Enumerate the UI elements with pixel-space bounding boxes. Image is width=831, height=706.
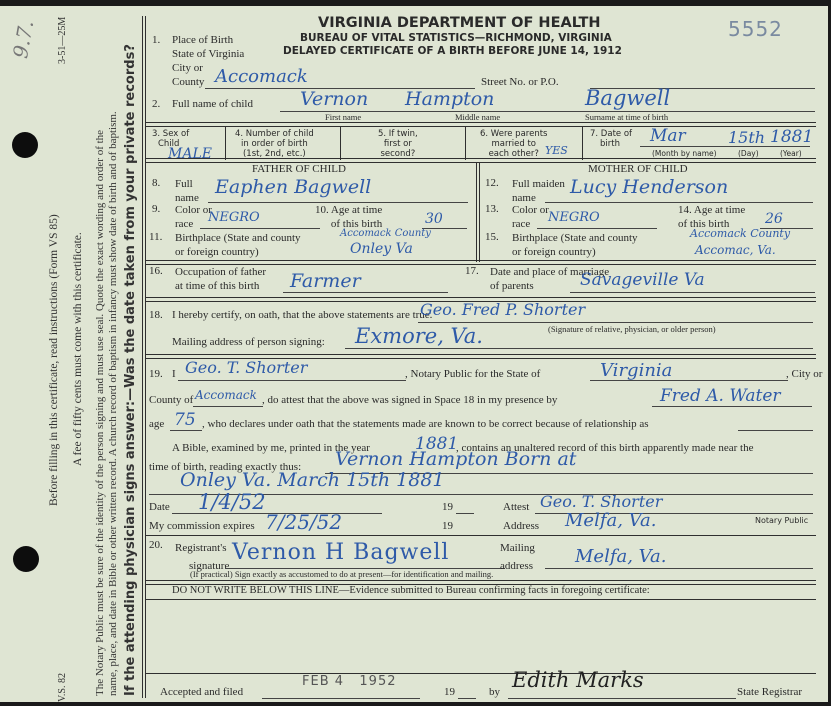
label-text: race: [512, 218, 530, 230]
registrar-underline: [508, 698, 736, 699]
instruction-read: Before filling in this certificate, read…: [48, 214, 60, 506]
punch-hole-top: [12, 132, 38, 158]
child-middle-name[interactable]: Hampton: [405, 88, 494, 110]
field-18-number: 18.: [149, 309, 163, 321]
field-1-number: 1.: [152, 34, 160, 46]
mother-race-underline: [537, 228, 657, 229]
filed-date-stamp: FEB 4 1952: [302, 674, 397, 689]
county-of-label: County of: [149, 394, 193, 406]
label-text: race: [175, 218, 193, 230]
father-name-label: Fullname: [175, 177, 199, 205]
footer-19: 19: [444, 686, 455, 698]
mailing-address-label: Mailing address of person signing:: [172, 336, 325, 348]
bureau-subtitle: BUREAU OF VITAL STATISTICS—RICHMOND, VIR…: [300, 32, 612, 44]
notary-name-underline: [178, 380, 406, 381]
notary-instruction-2: name, place, and date in Bible or other …: [107, 111, 119, 696]
field-16-number: 16.: [149, 265, 163, 277]
certify-statement: I hereby certify, on oath, that the abov…: [172, 309, 432, 321]
date-label: Date: [149, 501, 170, 513]
field-2-number: 2.: [152, 98, 160, 110]
registrar-signature: Edith Marks: [512, 668, 644, 692]
certificate-number: 5552: [728, 17, 783, 41]
registrant-mailing-label: Mailingaddress: [500, 539, 535, 575]
commission-value[interactable]: 7/25/52: [265, 510, 342, 534]
do-not-write-notice: DO NOT WRITE BELOW THIS LINE—Evidence su…: [172, 585, 650, 596]
first-name-caption: First name: [325, 112, 361, 122]
married-label: 6. Were parentsmarried toeach other?: [480, 129, 547, 159]
label-text: Occupation of father: [175, 266, 266, 278]
label-text: Mailing: [500, 542, 535, 554]
mailing-address-value[interactable]: Exmore, Va.: [355, 324, 483, 348]
registrant-signature[interactable]: Vernon H Bagwell: [232, 540, 449, 565]
label-text: Full: [175, 178, 193, 190]
notary-public-label: Notary Public: [755, 516, 808, 526]
label-text: 5. If twin,: [378, 129, 418, 139]
divider: [146, 535, 816, 536]
child-first-name[interactable]: Vernon: [300, 88, 368, 110]
bible-reading-2[interactable]: Onley Va. March 15th 1881: [180, 469, 445, 491]
label-text: Color or: [512, 204, 549, 216]
label-text: 10. Age at time: [315, 204, 382, 216]
label-text: Age at time: [694, 204, 745, 216]
state-registrar-label: State Registrar: [737, 686, 802, 698]
label-text: 3. Sex of: [152, 129, 189, 139]
address-value[interactable]: Melfa, Va.: [565, 510, 656, 531]
age-value[interactable]: 75: [174, 410, 196, 430]
field-11-number: 11.: [149, 231, 162, 243]
notary-state-value[interactable]: Virginia: [600, 360, 672, 381]
divider: [582, 126, 583, 160]
notary-county-underline: [193, 406, 263, 407]
commission-19: 19: [442, 520, 453, 532]
field-19-number: 19.: [149, 368, 163, 380]
signer-underline: [652, 406, 812, 407]
mother-name-value[interactable]: Lucy Henderson: [570, 176, 728, 198]
father-birthplace-value-2[interactable]: Onley Va: [350, 241, 413, 257]
notary-name-value[interactable]: Geo. T. Shorter: [185, 358, 307, 377]
date-of-birth-label: 7. Date ofbirth: [590, 129, 632, 149]
field-15-number: 15.: [485, 231, 499, 243]
age-label: age: [149, 418, 164, 430]
certify-signature-underline: [418, 322, 813, 323]
form-border-left: [142, 16, 143, 698]
physician-question: If the attending physician signs answer:…: [123, 44, 138, 696]
mother-birthplace-value-1[interactable]: Accomack County: [690, 227, 790, 240]
divider: [465, 126, 466, 160]
date-value[interactable]: 1/4/52: [198, 490, 266, 514]
father-name-value[interactable]: Eaphen Bagwell: [215, 176, 371, 198]
signature-caption: (Signature of relative, physician, or ol…: [548, 324, 716, 334]
label-text: married to: [491, 139, 536, 149]
county-value[interactable]: Accomack: [215, 66, 308, 87]
label-text: Registrant's: [175, 542, 226, 554]
parents-divider: [476, 162, 477, 262]
mother-race-label: Color orrace: [512, 203, 549, 231]
label-text: 6. Were parents: [480, 129, 547, 139]
birth-certificate-document: 9.7. 3-51—25M V.S. 82 Before filling in …: [0, 6, 828, 702]
notary-instruction-1: The Notary Public must be sure of the id…: [94, 130, 106, 696]
father-heading: FATHER OF CHILD: [252, 163, 346, 175]
twin-label: 5. If twin,first orsecond?: [378, 129, 418, 159]
birth-day[interactable]: 15th: [728, 128, 765, 147]
mother-birthplace-value-2[interactable]: Accomac, Va.: [695, 243, 776, 257]
field-13-number: 13.: [485, 203, 499, 215]
label-text: 10.: [315, 204, 329, 216]
registrant-mailing-underline: [545, 568, 813, 569]
divider: [146, 599, 816, 600]
mother-name-label: Full maidenname: [512, 177, 565, 205]
mother-heading: MOTHER OF CHILD: [588, 163, 688, 175]
child-order-label: 4. Number of childin order of birth(1st,…: [235, 129, 314, 159]
notary-county-value[interactable]: Accomack: [195, 388, 257, 402]
label-text: Color or: [175, 204, 212, 216]
i-label: I: [172, 368, 176, 380]
marriage-underline: [570, 292, 815, 293]
mother-birthplace-label: Birthplace (State and countyor foreign c…: [512, 231, 638, 259]
by-label: by: [489, 686, 500, 698]
label-text: in order of birth: [241, 139, 308, 149]
birth-year[interactable]: 1881: [770, 127, 813, 147]
certify-signature[interactable]: Geo. Fred P. Shorter: [420, 300, 585, 319]
mother-age-value[interactable]: 26: [765, 211, 783, 227]
relationship-underline[interactable]: [738, 430, 813, 431]
notary-state-label: , Notary Public for the State of: [405, 368, 540, 380]
footer-19-underline: [458, 698, 476, 699]
field-17-number: 17.: [465, 265, 479, 277]
registrant-mailing-value[interactable]: Melfa, Va.: [575, 546, 666, 567]
accepted-label: Accepted and filed: [160, 686, 243, 698]
father-birthplace-value-1[interactable]: Accomack County: [340, 228, 431, 239]
instruction-fee: A fee of fifty cents must come with this…: [72, 232, 84, 466]
date-19: 19: [442, 501, 453, 513]
divider: [146, 673, 816, 674]
father-age-value[interactable]: 30: [425, 211, 443, 227]
declares-text: , who declares under oath that the state…: [202, 418, 649, 430]
commission-label: My commission expires: [149, 520, 255, 532]
place-of-birth-label: Place of Birth: [172, 34, 233, 46]
pencil-note: 9.7.: [8, 18, 38, 60]
punch-hole-bottom: [13, 546, 39, 572]
mailing-address-underline: [345, 348, 813, 349]
city-or-label: City or: [172, 62, 203, 74]
label-text: birth: [590, 139, 620, 149]
date-19-underline: [456, 513, 474, 514]
parents-divider: [479, 162, 480, 262]
label-text: of parents: [490, 280, 534, 292]
bible-reading-1[interactable]: Vernon Hampton Born at: [335, 448, 576, 470]
attest-text: , do attest that the above was signed in…: [262, 394, 557, 406]
label-text: 4. Number of child: [235, 129, 314, 139]
field-12-number: 12.: [485, 177, 499, 189]
divider: [225, 126, 226, 160]
label-text: first or: [384, 139, 412, 149]
middle-name-caption: Middle name: [455, 112, 500, 122]
field-9-number: 9.: [152, 203, 160, 215]
label-text: Birthplace (State and county: [175, 232, 301, 244]
label-text: Birthplace (State and county: [512, 232, 638, 244]
street-label: Street No. or P.O.: [481, 76, 559, 88]
attest-signature[interactable]: Geo. T. Shorter: [540, 492, 662, 511]
accepted-underline: [262, 698, 420, 699]
county-label: County: [172, 76, 204, 88]
form-code: V.S. 82: [57, 673, 68, 702]
print-code: 3-51—25M: [57, 17, 68, 64]
divider: [146, 122, 816, 127]
age-underline: [170, 430, 202, 431]
label-text: Age at time: [331, 204, 382, 216]
page-title: VIRGINIA DEPARTMENT OF HEALTH: [318, 15, 601, 31]
label-text: or foreign country): [512, 246, 596, 258]
father-birthplace-label: Birthplace (State and countyor foreign c…: [175, 231, 301, 259]
registrant-caption: (If practical) Sign exactly as accustome…: [190, 569, 493, 579]
attest-label: Attest: [503, 501, 529, 513]
child-name-label: Full name of child: [172, 98, 253, 110]
state-label: State of Virginia: [172, 48, 244, 60]
divider: [146, 158, 816, 163]
father-age-label: 10. Age at timeof this birth: [315, 203, 382, 231]
signer-value[interactable]: Fred A. Water: [660, 386, 781, 406]
label-text: address: [500, 560, 533, 572]
mother-race-value[interactable]: NEGRO: [548, 210, 600, 225]
father-occupation-value[interactable]: Farmer: [290, 270, 361, 292]
label-text: at time of this birth: [175, 280, 259, 292]
field-20-number: 20.: [149, 539, 163, 551]
label-text: or foreign country): [175, 246, 259, 258]
label-text: 7. Date of: [590, 129, 632, 139]
divider: [340, 126, 341, 160]
field-8-number: 8.: [152, 177, 160, 189]
father-occupation-label: Occupation of fatherat time of this birt…: [175, 265, 266, 293]
label-text: 14.: [678, 204, 692, 216]
birth-month[interactable]: Mar: [650, 126, 686, 146]
marriage-value[interactable]: Savageville Va: [580, 270, 705, 290]
married-value[interactable]: YES: [545, 144, 568, 157]
form-title: DELAYED CERTIFICATE OF A BIRTH BEFORE JU…: [283, 45, 622, 57]
father-race-value[interactable]: NEGRO: [208, 210, 260, 225]
father-race-underline: [200, 228, 320, 229]
father-race-label: Color orrace: [175, 203, 212, 231]
address-label: Address: [503, 520, 539, 532]
surname-caption: Surname at time of birth: [585, 112, 668, 122]
occupation-underline: [283, 292, 448, 293]
label-text: 14. Age at time: [678, 204, 745, 216]
child-surname[interactable]: Bagwell: [585, 86, 670, 110]
city-or-label: , City or: [786, 368, 822, 380]
label-text: Full maiden: [512, 178, 565, 190]
